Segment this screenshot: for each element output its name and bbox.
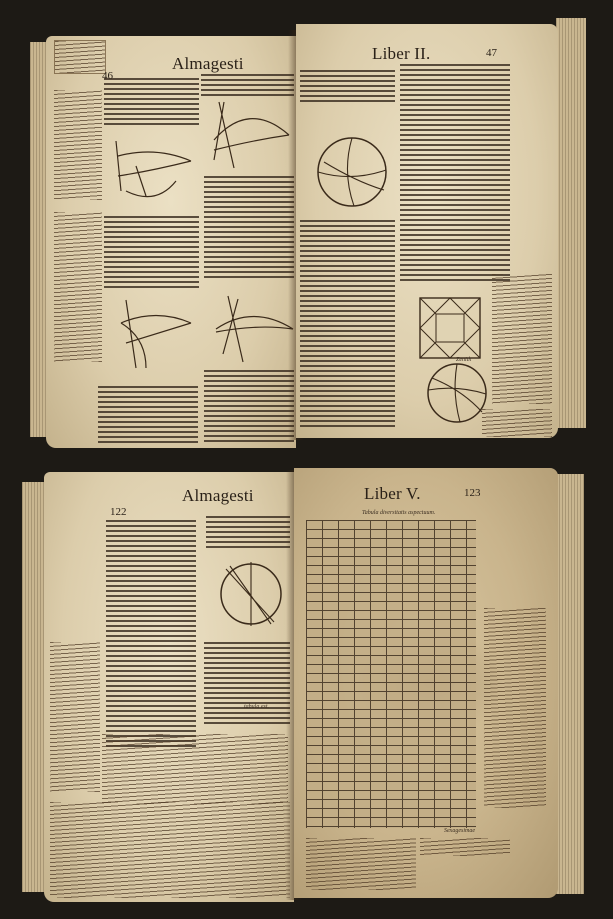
running-head: Almagesti xyxy=(182,486,254,506)
text-column xyxy=(201,74,294,98)
text-column xyxy=(300,70,395,102)
marginal-annotations xyxy=(50,642,100,792)
table-caption: Tabula diversitatis aspectuum. xyxy=(362,510,435,516)
top-book-spread-photo: 46 Almagesti Liber II. 47 Zenith xyxy=(0,0,613,460)
table-footer: Sexagesimae xyxy=(444,828,475,834)
bottom-left-page: 122 Almagesti tabula est. xyxy=(44,472,294,902)
top-left-page: 46 Almagesti xyxy=(46,36,296,448)
text-column xyxy=(204,176,294,281)
running-head: Liber II. xyxy=(372,44,430,64)
folio-number: 123 xyxy=(464,487,481,499)
right-page-edges xyxy=(556,18,586,428)
square-diagram xyxy=(418,296,482,360)
marginal-annotations xyxy=(482,409,552,437)
marginal-note-box xyxy=(54,40,106,74)
text-column xyxy=(206,516,290,550)
text-column xyxy=(98,386,198,446)
diagram-label: Zenith xyxy=(456,357,471,363)
marginal-annotations xyxy=(492,274,552,404)
text-column xyxy=(104,78,199,128)
marginal-annotations xyxy=(54,90,102,200)
text-column xyxy=(204,642,290,724)
text-column xyxy=(204,370,294,442)
caption-end: tabula est. xyxy=(244,704,269,710)
marginal-annotations xyxy=(484,608,546,808)
celestial-circle-diagram xyxy=(312,132,392,212)
folio-number: 122 xyxy=(110,506,127,518)
running-head: Almagesti xyxy=(172,54,244,74)
handwritten-notes xyxy=(102,734,288,804)
parallax-table xyxy=(306,520,476,828)
chord-circle-diagram xyxy=(216,554,286,634)
bottom-book-spread-photo: 122 Almagesti tabula est. Liber V. 123 T… xyxy=(0,460,613,919)
marginal-annotations xyxy=(54,212,102,362)
spherical-triangle-diagram xyxy=(204,100,294,170)
spherical-triangle-diagram xyxy=(106,136,201,206)
text-column xyxy=(106,520,196,750)
right-page-edges xyxy=(556,474,584,894)
spherical-triangle-diagram xyxy=(208,294,296,364)
bottom-right-page: Liber V. 123 Tabula diversitatis aspectu… xyxy=(294,468,558,898)
handwritten-notes xyxy=(50,802,290,898)
text-column xyxy=(300,220,395,430)
running-head: Liber V. xyxy=(364,484,421,504)
spherical-triangle-diagram xyxy=(106,298,201,373)
handwritten-notes xyxy=(420,838,510,856)
top-right-page: Liber II. 47 Zenith xyxy=(296,24,558,438)
folio-number: 47 xyxy=(486,47,497,59)
text-column xyxy=(400,64,510,284)
handwritten-notes xyxy=(306,838,416,890)
text-column xyxy=(104,216,199,291)
